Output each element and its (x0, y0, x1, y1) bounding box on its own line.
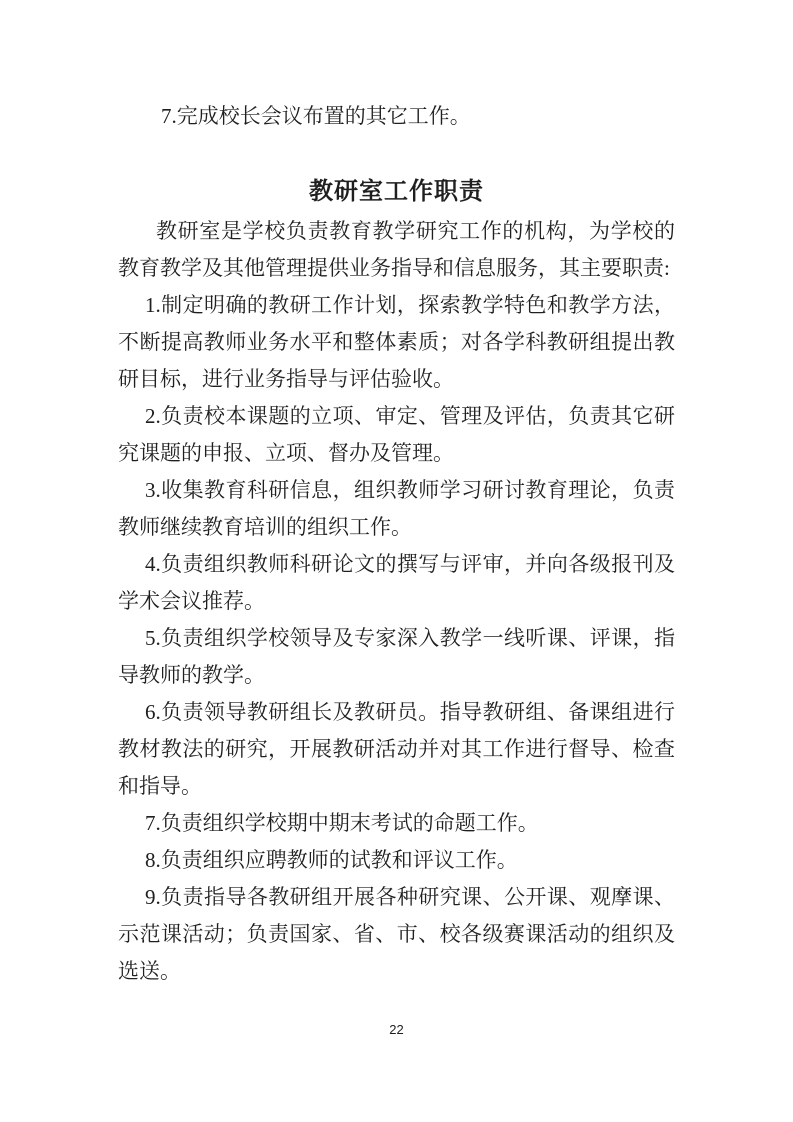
duty-item-4: 4.负责组织教师科研论文的撰写与评审，并向各级报刊及学术会议推荐。 (118, 546, 675, 620)
duty-item-1: 1.制定明确的教研工作计划，探索教学特色和教学方法，不断提高教师业务水平和整体素… (118, 287, 675, 398)
duty-item-8: 8.负责组织应聘教师的试教和评议工作。 (118, 842, 675, 879)
duty-item-7: 7.负责组织学校期中期末考试的命题工作。 (118, 805, 675, 842)
duty-item-2: 2.负责校本课题的立项、审定、管理及评估，负责其它研究课题的申报、立项、督办及管… (118, 398, 675, 472)
duty-item-6: 6.负责领导教研组长及教研员。指导教研组、备课组进行教材教法的研究，开展教研活动… (118, 694, 675, 805)
section-title: 教研室工作职责 (118, 172, 675, 213)
carryover-list-item: 7.完成校长会议布置的其它工作。 (118, 98, 675, 135)
duty-item-9: 9.负责指导各教研组开展各种研究课、公开课、观摩课、示范课活动；负责国家、省、市… (118, 879, 675, 990)
document-page: 7.完成校长会议布置的其它工作。 教研室工作职责 教研室是学校负责教育教学研究工… (0, 0, 793, 1122)
blank-line (118, 135, 675, 172)
duty-item-5: 5.负责组织学校领导及专家深入教学一线听课、评课，指导教师的教学。 (118, 620, 675, 694)
section-intro-paragraph: 教研室是学校负责教育教学研究工作的机构，为学校的教育教学及其他管理提供业务指导和… (118, 213, 675, 287)
document-body: 7.完成校长会议布置的其它工作。 教研室工作职责 教研室是学校负责教育教学研究工… (118, 98, 675, 990)
page-number: 22 (0, 1022, 793, 1038)
duty-item-3: 3.收集教育科研信息，组织教师学习研讨教育理论，负责教师继续教育培训的组织工作。 (118, 472, 675, 546)
